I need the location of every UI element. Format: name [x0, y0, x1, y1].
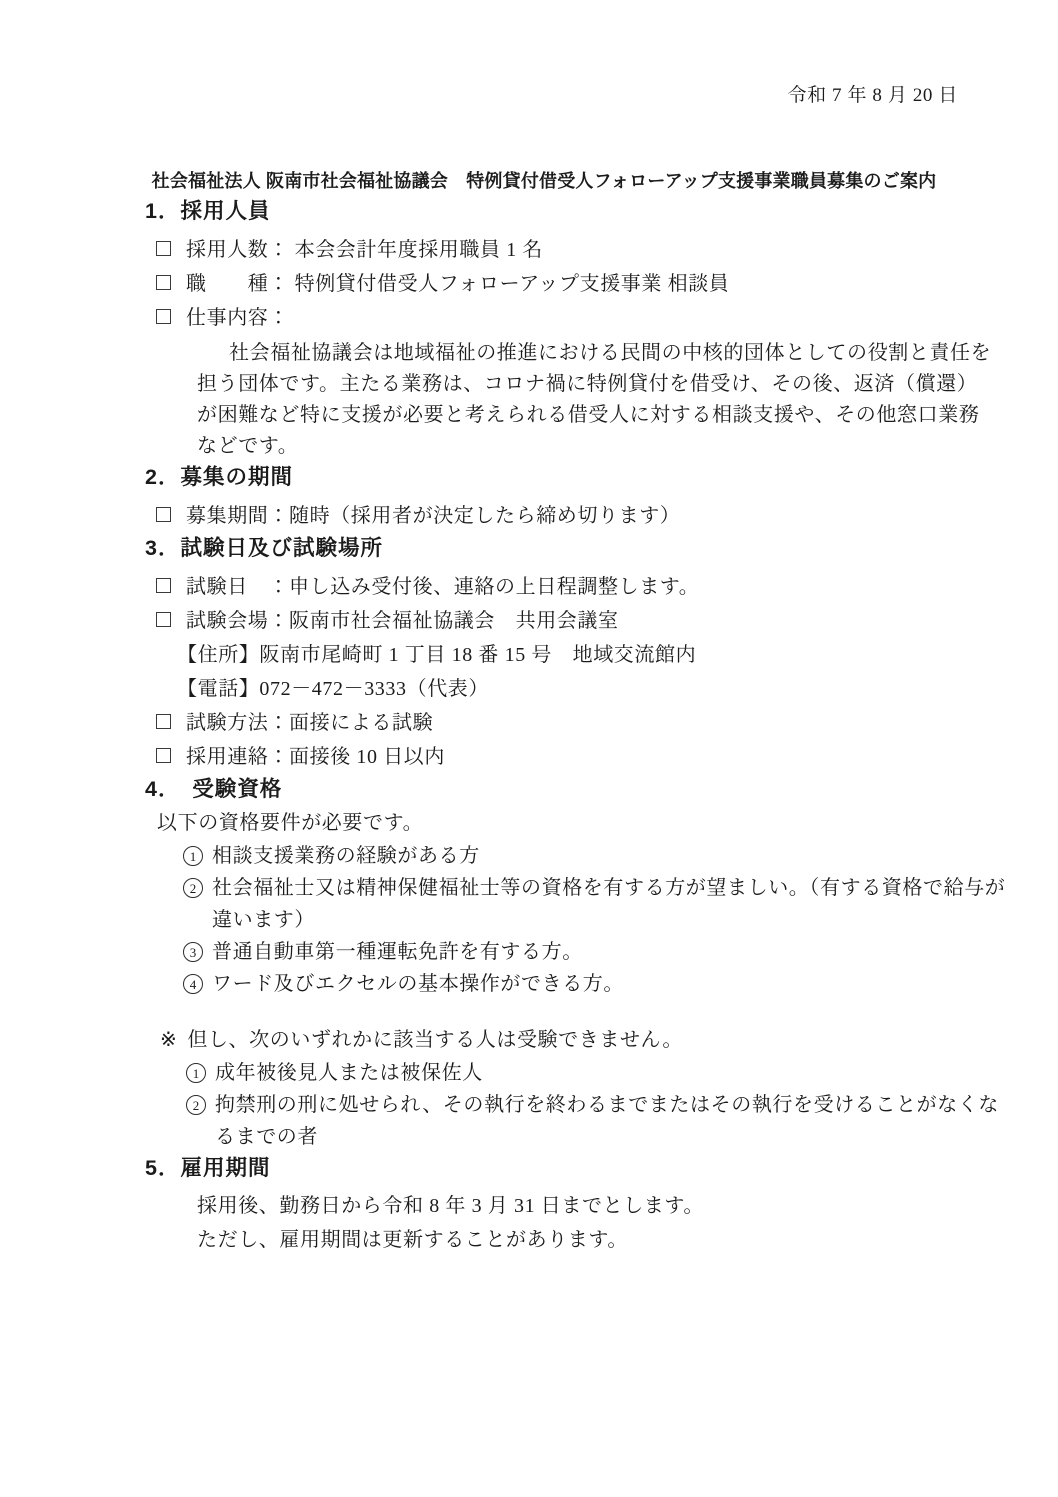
document-page: 令和 7 年 8 月 20 日 社会福祉法人 阪南市社会福祉協議会 特例貸付借受…: [0, 0, 1058, 1497]
qualification-item: 2 社会福祉士又は精神保健福祉士等の資格を有する方が望ましい。（有する資格で給与…: [183, 872, 958, 936]
employment-period-line: ただし、雇用期間は更新することがあります。: [197, 1223, 958, 1257]
qualification-text: 相談支援業務の経験がある方: [212, 840, 480, 872]
venue-address-line: 【住所】阪南市尾崎町 1 丁目 18 番 15 号 地域交流館内: [177, 638, 958, 672]
note-text: 但し、次のいずれかに該当する人は受験できません。: [187, 1024, 683, 1057]
checkbox-icon: [156, 748, 171, 763]
section-3-heading: 3．試験日及び試験場所: [145, 533, 958, 563]
checkbox-list-item: 試験会場：阪南市社会福祉協議会 共用会議室: [156, 604, 958, 638]
job-description-paragraph: 社会福祉協議会は地域福祉の推進における民間の中核的団体としての役割と責任を 担う…: [197, 338, 958, 462]
section-application-period: 2．募集の期間 募集期間：随時（採用者が決定したら締め切ります）: [130, 462, 958, 533]
item-text: 募集期間：随時（採用者が決定したら締め切ります）: [186, 505, 680, 527]
checkbox-list-item: 仕事内容：: [156, 301, 958, 335]
checkbox-icon: [156, 507, 171, 522]
paragraph-line: 社会福祉協議会は地域福祉の推進における民間の中核的団体としての役割と責任を: [197, 338, 958, 369]
qualification-text: 社会福祉士又は精神保健福祉士等の資格を有する方が望ましい。（有する資格で給与が: [212, 872, 1005, 904]
checkbox-icon: [156, 241, 171, 256]
checkbox-list-item: 採用人数： 本会会計年度採用職員 1 名: [156, 233, 958, 267]
section-5-heading: 5．雇用期間: [145, 1153, 958, 1183]
item-text: 試験方法：面接による試験: [186, 712, 433, 734]
item-text: 職 種： 特例貸付借受人フォローアップ支援事業 相談員: [186, 273, 729, 295]
checkbox-list-item: 試験日 ：申し込み受付後、連絡の上日程調整します。: [156, 570, 958, 604]
section-4-heading: 4． 受験資格: [145, 774, 958, 804]
checkbox-icon: [156, 714, 171, 729]
circled-number-icon: 3: [183, 942, 203, 962]
qualification-item: 3 普通自動車第一種運転免許を有する方。: [183, 936, 958, 968]
paragraph-line: などです。: [197, 431, 958, 462]
checkbox-list-item: 試験方法：面接による試験: [156, 706, 958, 740]
circled-number-icon: 4: [183, 974, 203, 994]
exclusion-text: るまでの者: [215, 1121, 999, 1153]
exclusion-item: 2 拘禁刑の刑に処せられ、その執行を終わるまでまたはその執行を受けることがなくな…: [186, 1089, 958, 1153]
qualification-text: 違います）: [212, 904, 1005, 936]
paragraph-line: 担う団体です。主たる業務は、コロナ禍に特例貸付を借受け、その後、返済（償還）: [197, 369, 958, 400]
qualification-text: 普通自動車第一種運転免許を有する方。: [212, 936, 583, 968]
item-text: 採用人数： 本会会計年度採用職員 1 名: [186, 239, 543, 261]
item-text: 試験会場：阪南市社会福祉協議会 共用会議室: [186, 610, 619, 632]
item-text: 仕事内容：: [186, 307, 289, 329]
checkbox-list-item: 採用連絡：面接後 10 日以内: [156, 740, 958, 774]
employment-period-line: 採用後、勤務日から令和 8 年 3 月 31 日までとします。: [197, 1189, 958, 1223]
checkbox-list-item: 募集期間：随時（採用者が決定したら締め切ります）: [156, 499, 958, 533]
document-date: 令和 7 年 8 月 20 日: [130, 84, 958, 108]
circled-number-icon: 2: [186, 1095, 206, 1115]
checkbox-icon: [156, 275, 171, 290]
circled-number-icon: 1: [186, 1063, 206, 1083]
checkbox-list-item: 職 種： 特例貸付借受人フォローアップ支援事業 相談員: [156, 267, 958, 301]
qualification-item: 4 ワード及びエクセルの基本操作ができる方。: [183, 968, 958, 1000]
exclusion-note: ※ 但し、次のいずれかに該当する人は受験できません。 1 成年被後見人または被保…: [130, 1024, 958, 1153]
checkbox-icon: [156, 309, 171, 324]
eligibility-intro: 以下の資格要件が必要です。: [157, 807, 958, 840]
item-text: 採用連絡：面接後 10 日以内: [186, 746, 445, 768]
exclusion-text: 成年被後見人または被保佐人: [215, 1057, 483, 1089]
note-mark-icon: ※: [160, 1024, 177, 1057]
qualification-text: ワード及びエクセルの基本操作ができる方。: [212, 968, 624, 1000]
exclusion-text: 拘禁刑の刑に処せられ、その執行を終わるまでまたはその執行を受けることがなくな: [215, 1089, 999, 1121]
exclusion-item: 1 成年被後見人または被保佐人: [186, 1057, 958, 1089]
checkbox-icon: [156, 578, 171, 593]
paragraph-line: が困難など特に支援が必要と考えられる借受人に対する相談支援や、その他窓口業務: [197, 400, 958, 431]
section-recruitment-headcount: 1．採用人員 採用人数： 本会会計年度採用職員 1 名 職 種： 特例貸付借受人…: [130, 196, 958, 462]
circled-number-icon: 2: [183, 878, 203, 898]
item-text: 試験日 ：申し込み受付後、連絡の上日程調整します。: [186, 576, 699, 598]
circled-number-icon: 1: [183, 846, 203, 866]
checkbox-icon: [156, 612, 171, 627]
section-exam-date-venue: 3．試験日及び試験場所 試験日 ：申し込み受付後、連絡の上日程調整します。 試験…: [130, 533, 958, 774]
section-1-heading: 1．採用人員: [145, 196, 958, 226]
qualification-item: 1 相談支援業務の経験がある方: [183, 840, 958, 872]
section-eligibility: 4． 受験資格 以下の資格要件が必要です。 1 相談支援業務の経験がある方 2 …: [130, 774, 958, 1153]
section-employment-period: 5．雇用期間 採用後、勤務日から令和 8 年 3 月 31 日までとします。 た…: [130, 1153, 958, 1257]
venue-phone-line: 【電話】072－472－3333（代表）: [177, 672, 958, 706]
document-title: 社会福祉法人 阪南市社会福祉協議会 特例貸付借受人フォローアップ支援事業職員募集…: [130, 166, 958, 196]
section-2-heading: 2．募集の期間: [145, 462, 958, 492]
